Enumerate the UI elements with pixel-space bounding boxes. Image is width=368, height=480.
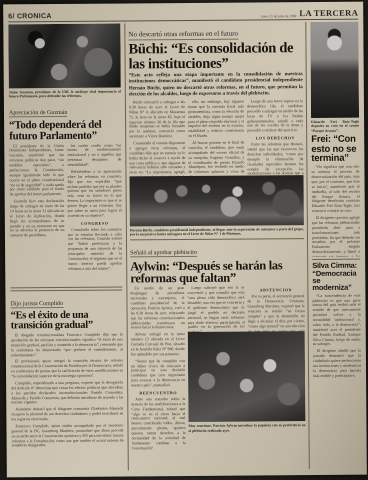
paragraph: Büchi concurrió a sufragar a las 9.30 ho… <box>129 100 185 139</box>
aylwin-kicker: Señaló al aprobar plebiscito <box>130 250 197 258</box>
buchi-body: Büchi concurrió a sufragar a las 9.30 ho… <box>129 99 304 176</box>
cumplido-headline: “Es el éxito de una transición gradual” <box>11 310 123 331</box>
aylwin-right: Luego subrayó que eso sí se convenció y … <box>187 286 305 453</box>
article-cumplido: Dijo jurista Cumplido “Es el éxito de un… <box>10 289 123 451</box>
silva-body: “La trascendencia de este plebiscito es … <box>312 293 361 385</box>
aylwin-body: En medio de un gran despliegue de period… <box>130 286 305 453</box>
article-guzman: Jaime Guzmán, presidente de la UDI, le a… <box>8 24 124 472</box>
cumplido-body: El abogado constitucionalista Francisco … <box>11 333 124 452</box>
paragraph: Entre las reformas que destacó, señaló q… <box>247 142 303 175</box>
guzman-body: El presidente de la Unión Demócrata Inde… <box>9 143 122 288</box>
article-buchi: No descartó otras reformas en el futuro … <box>124 22 310 470</box>
paragraph: Asimismo destacó que el dirigente comuni… <box>11 407 123 423</box>
paragraph: Luego de una breve espera en la democrát… <box>247 99 303 134</box>
aylwin-subhead-reencuentro: REENCUENTRO <box>131 390 185 395</box>
buchi-col1: Büchi concurrió a sufragar a las 9.30 ho… <box>129 100 186 176</box>
article-aylwin: Señaló al aprobar plebiscito Aylwin: “De… <box>130 238 306 453</box>
paragraph: El dirigente añadió que la jornada demos… <box>313 349 361 379</box>
paragraph: El profesional, quien integró la comisió… <box>11 359 123 379</box>
buchi-photo <box>130 175 304 226</box>
aylwin-col1: En medio de un gran despliegue de period… <box>130 286 185 452</box>
paragraph: El dirigente opositor agregó que las ref… <box>312 216 360 258</box>
buchi-col3: Luego de una breve espera en la democrát… <box>247 99 304 175</box>
paragraph: Refiriéndose a su apreciación sobre las … <box>67 169 122 218</box>
buchi-col2: ello, sin embargo, hay algunos temas que… <box>188 100 245 176</box>
header-right: lunes 31 de julio de 1989 LA TERCERA <box>261 8 358 19</box>
paragraph: El presidente de la Unión Demócrata Inde… <box>9 143 64 197</box>
buchi-subhead-derechos: LOS DERECHOS <box>247 135 303 140</box>
page-date: lunes 31 de julio de 1989 <box>261 14 296 18</box>
newspaper-scan: 6/ CRONICA lunes 31 de julio de 1989 LA … <box>0 0 368 480</box>
paragraph: En medio de un gran despliegue de period… <box>130 286 184 330</box>
paragraph: Comentado al votante disponerse a agrega… <box>129 141 185 176</box>
newspaper-page: 6/ CRONICA lunes 31 de julio de 1989 LA … <box>3 2 367 478</box>
article-silva: Silva Cimma: “Democracia se moderniza” “… <box>312 259 361 386</box>
paragraph: Al buscar ganarse en el final de votació… <box>188 141 244 176</box>
aylwin-photo <box>188 332 306 423</box>
paragraph: Guzmán hizo esta declaración luego de su… <box>10 199 65 238</box>
aylwin-minirow: Luego subrayó que eso sí se convenció y … <box>187 286 304 333</box>
paragraph: Ante una consulta sobre la materia de la… <box>131 397 185 451</box>
paragraph: El abogado constitucionalista Francisco … <box>11 333 123 358</box>
paragraph: Francisco Cumplido, quien estaba acompañ… <box>11 423 123 448</box>
masthead: LA TERCERA <box>299 8 358 18</box>
paragraph: ello, sin embargo, hay algunos temas que… <box>188 100 244 139</box>
paragraph: Consultado sobre los contactos que se es… <box>67 227 122 271</box>
paragraph: “La trascendencia de este plebiscito es … <box>312 293 360 347</box>
guzman-col2: los cuales confía como “un monto de esta… <box>67 143 123 285</box>
paragraph: “No significa que con esto se termina el… <box>311 165 359 214</box>
section-label: 6/ CRONICA <box>8 13 52 20</box>
frei-photo-caption: Eduardo Frei Ruiz-Tagle deposita su voto… <box>311 120 359 134</box>
paragraph: Por su parte, el secretario general de l… <box>247 295 304 332</box>
paragraph: los cuales confía como “un monto de esta… <box>67 143 122 168</box>
buchi-photo-caption: Hernán Büchi, candidato presidencial ind… <box>130 227 304 237</box>
paragraph: Luego subrayó que eso sí se convenció y … <box>187 286 244 332</box>
frei-photo <box>310 22 359 118</box>
guzman-subhead-congreso: CONGRESO <box>67 220 122 225</box>
article-frei: Eduardo Frei Ruiz-Tagle deposita su voto… <box>310 22 362 469</box>
paragraph: “Siento que he cumplido con mi deber cív… <box>131 359 185 389</box>
paragraph: Cumplido, respondiendo a una pregunta, e… <box>11 380 123 405</box>
guzman-kicker: Apreciación de Guzmán <box>9 110 67 118</box>
aylwin-headline: Aylwin: “Después se harán las reformas q… <box>130 259 304 285</box>
aylwin-photo-caption: Muy sonriente, Patricio Aylwin introduce… <box>188 424 305 434</box>
buchi-lead: “Este acto refleja una etapa importante … <box>129 72 303 98</box>
silva-headline: Silva Cimma: “Democracia se moderniza” <box>312 262 360 292</box>
page-content: Jaime Guzmán, presidente de la UDI, le a… <box>8 22 361 472</box>
aylwin-col3: ABSTENCION Por su parte, el secretario g… <box>247 286 304 332</box>
guzman-photo-caption: Jaime Guzmán, presidente de la UDI, le a… <box>9 89 121 99</box>
buchi-headline: Büchi: “Es consolidación de las instituc… <box>128 41 302 71</box>
aylwin-col2: Luego subrayó que eso sí se convenció y … <box>187 286 244 332</box>
frei-headline: Frei: “Con esto no se termina” <box>311 135 359 163</box>
guzman-col1: El presidente de la Unión Demócrata Inde… <box>9 143 65 285</box>
guzman-photo <box>8 24 120 89</box>
aylwin-subhead-abstencion: ABSTENCION <box>247 288 304 293</box>
frei-body: “No significa que con esto se termina el… <box>311 165 360 257</box>
paragraph: Aylwin sufragó en la mesa número 13 ubic… <box>131 332 185 357</box>
buchi-kicker: No descartó otras reformas en el futuro <box>128 30 238 40</box>
guzman-headline: “Todo dependerá del futuro Parlamento” <box>9 119 121 141</box>
cumplido-kicker: Dijo jurista Cumplido <box>10 300 63 308</box>
